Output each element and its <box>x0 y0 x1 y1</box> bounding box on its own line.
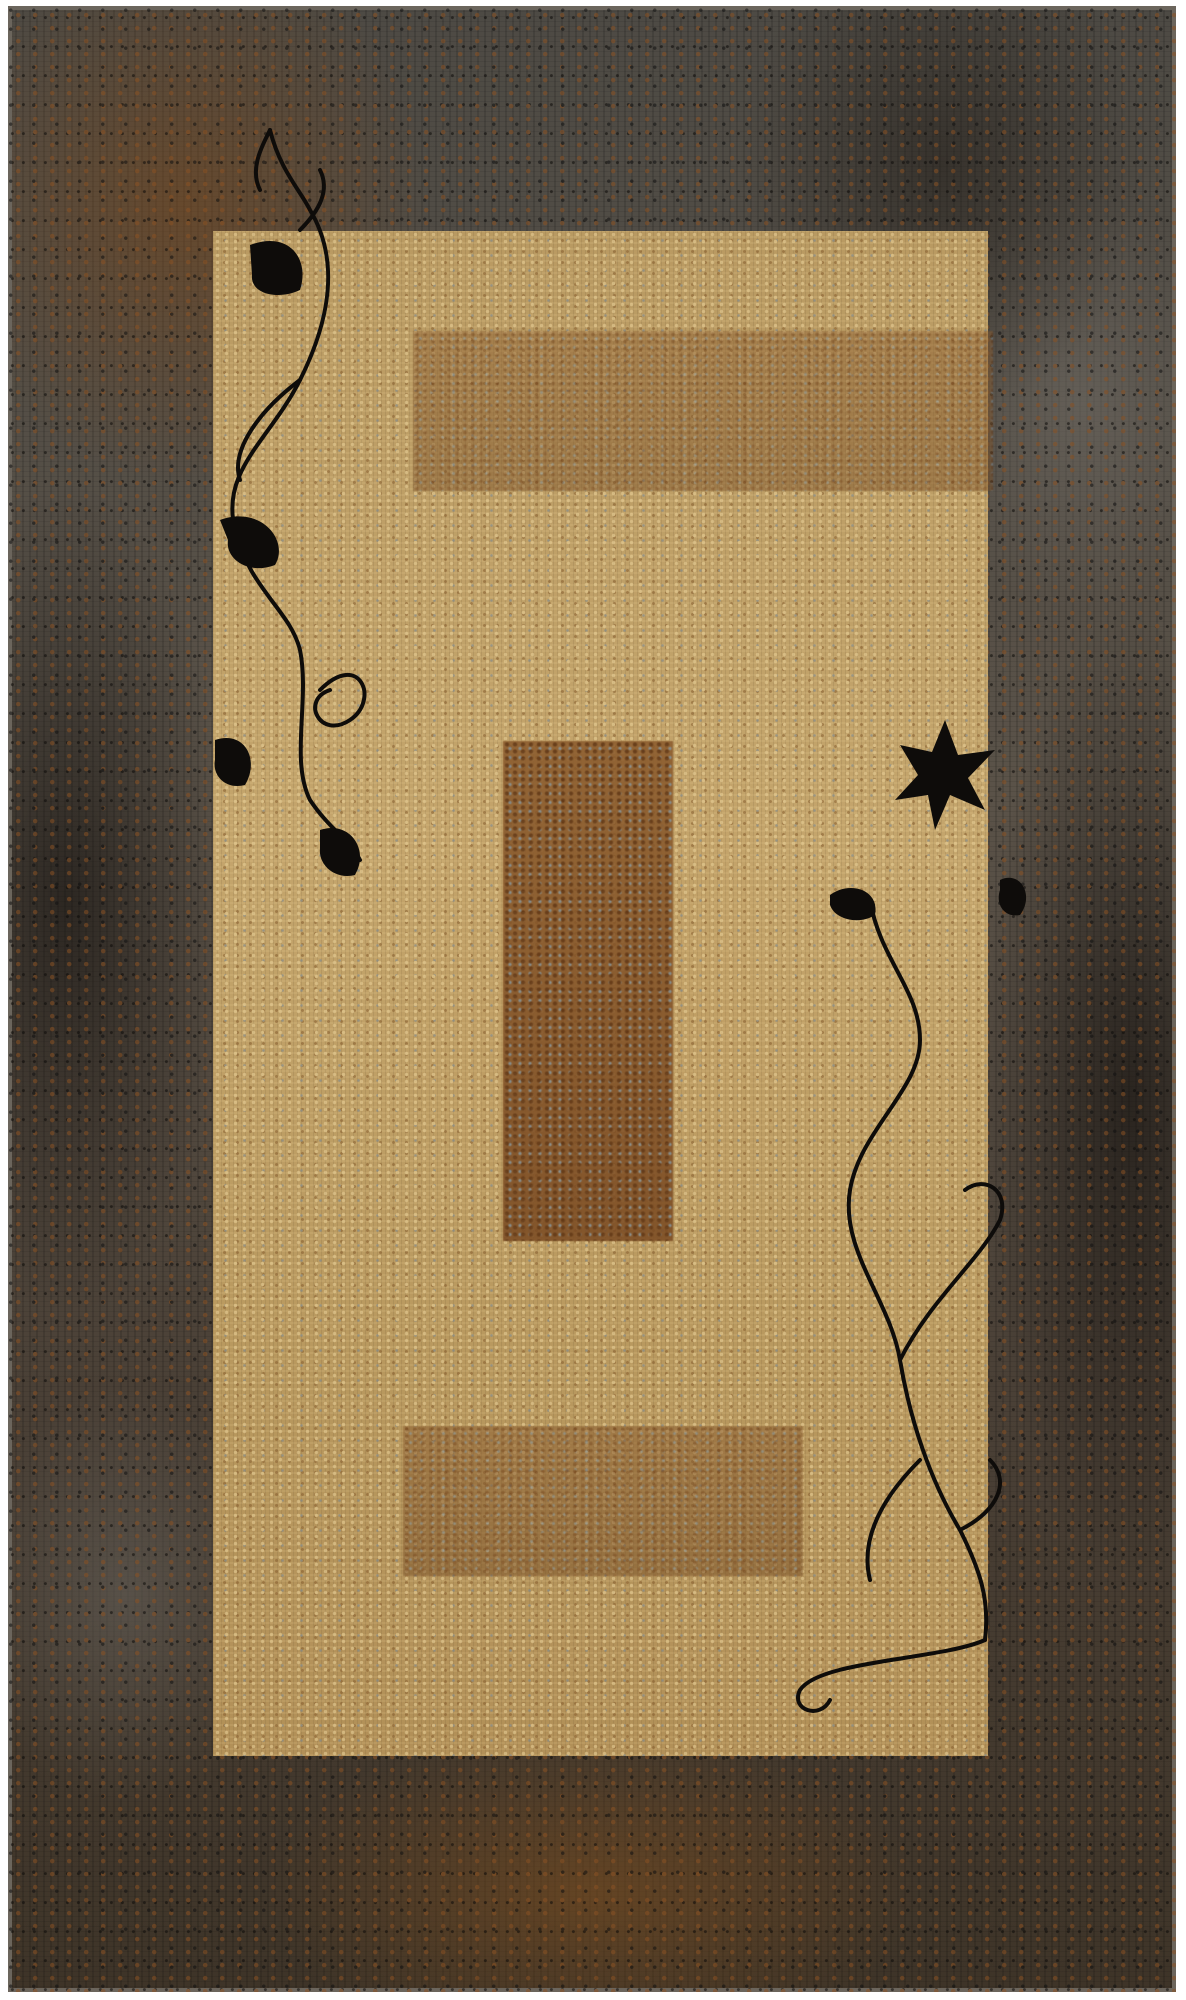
inner-field <box>213 231 988 1756</box>
accent-block-center <box>503 741 673 1241</box>
rug <box>8 6 1176 1992</box>
accent-block-top <box>413 331 993 491</box>
accent-block-bottom <box>403 1426 803 1576</box>
